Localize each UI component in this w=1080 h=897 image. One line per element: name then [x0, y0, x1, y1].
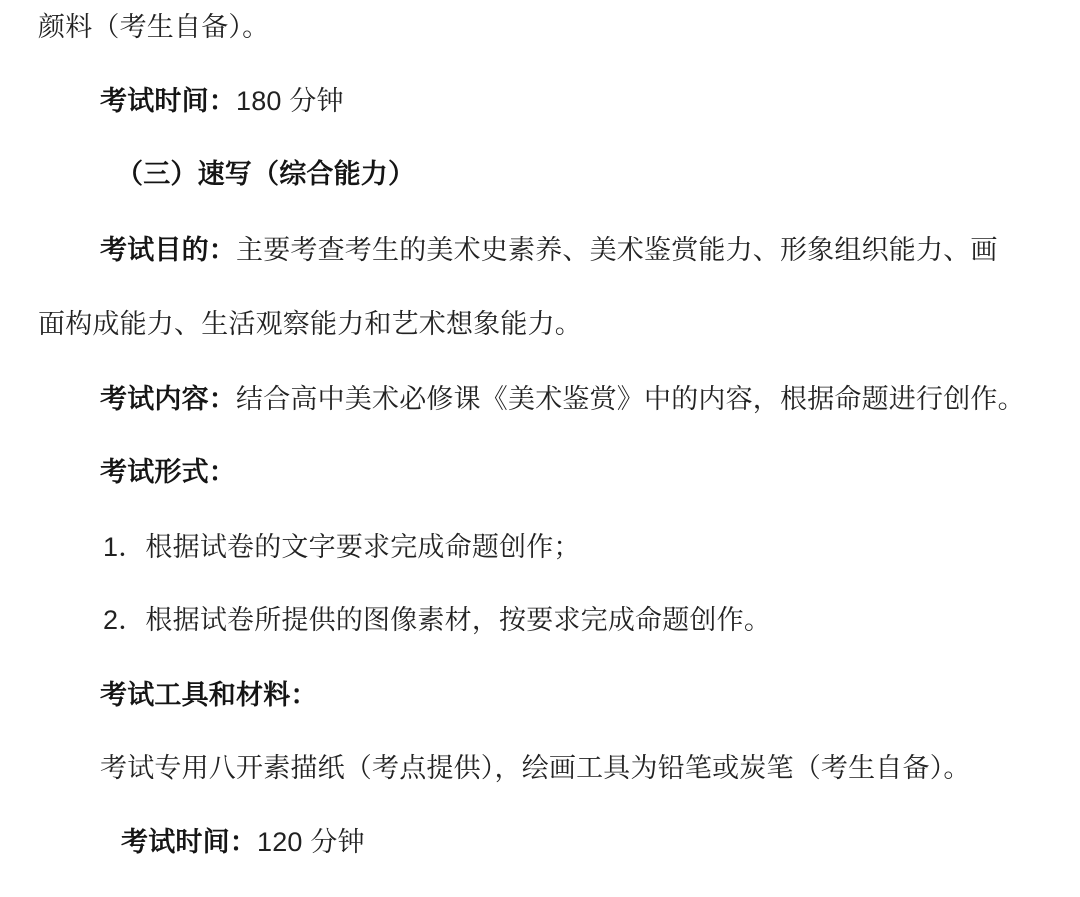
section-heading-text: （三）速写（综合能力）	[116, 159, 415, 189]
exam-content-line: 考试内容：结合高中美术必修课《美术鉴赏》中的内容，根据命题进行创作。	[100, 384, 1025, 415]
exam-format-heading-line: 考试形式：	[100, 457, 236, 488]
exam-purpose-text: 主要考查考生的美术史素养、美术鉴赏能力、形象组织能力、画	[236, 235, 998, 265]
exam-format-label: 考试形式：	[100, 457, 236, 487]
exam-format-item-1: 1．根据试卷的文字要求完成命题创作；	[103, 532, 581, 563]
list-item-text: 1．根据试卷的文字要求完成命题创作；	[103, 532, 581, 562]
exam-tools-label: 考试工具和材料：	[100, 680, 318, 710]
exam-duration-line-120: 考试时间：120 分钟	[121, 827, 365, 858]
exam-purpose-continuation: 面构成能力、生活观察能力和艺术想象能力。	[38, 309, 582, 340]
exam-content-label: 考试内容：	[100, 384, 236, 414]
exam-duration-line-180: 考试时间：180 分钟	[100, 86, 344, 117]
exam-tools-heading-line: 考试工具和材料：	[100, 680, 318, 711]
exam-format-item-2: 2．根据试卷所提供的图像素材，按要求完成命题创作。	[103, 605, 771, 636]
exam-tools-detail-text: 考试专用八开素描纸（考点提供），绘画工具为铅笔或炭笔（考生自备）。	[100, 753, 971, 783]
line-text: 颜料（考生自备）。	[38, 12, 269, 42]
exam-purpose-line: 考试目的：主要考查考生的美术史素养、美术鉴赏能力、形象组织能力、画	[100, 235, 998, 266]
section-heading-sketch: （三）速写（综合能力）	[116, 159, 415, 190]
exam-duration-label: 考试时间：	[100, 86, 236, 116]
exam-purpose-label: 考试目的：	[100, 235, 236, 265]
exam-content-text: 结合高中美术必修课《美术鉴赏》中的内容，根据命题进行创作。	[236, 384, 1025, 414]
document-page: 颜料（考生自备）。 考试时间：180 分钟 （三）速写（综合能力） 考试目的：主…	[0, 0, 1080, 897]
exam-tools-detail-line: 考试专用八开素描纸（考点提供），绘画工具为铅笔或炭笔（考生自备）。	[100, 753, 971, 784]
exam-duration-label: 考试时间：	[121, 827, 257, 857]
paragraph-line-materials-continuation: 颜料（考生自备）。	[38, 12, 269, 43]
exam-duration-value: 180 分钟	[236, 86, 344, 116]
exam-duration-value: 120 分钟	[257, 827, 365, 857]
list-item-text: 2．根据试卷所提供的图像素材，按要求完成命题创作。	[103, 605, 771, 635]
line-text: 面构成能力、生活观察能力和艺术想象能力。	[38, 309, 582, 339]
